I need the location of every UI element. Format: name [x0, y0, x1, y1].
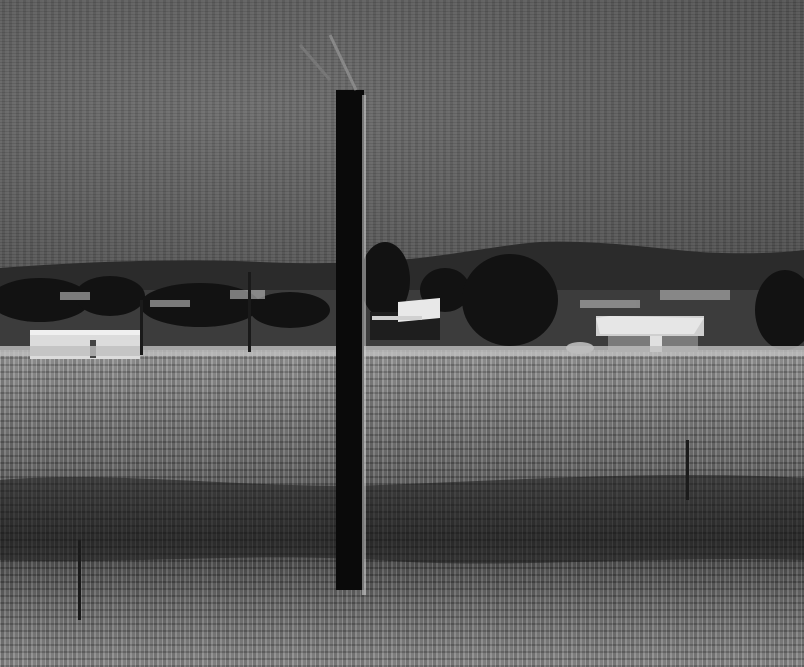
scene-shapes	[0, 0, 804, 667]
landscape-photo	[0, 0, 804, 667]
horizon-road	[0, 346, 804, 356]
dark-grass-band	[0, 475, 804, 564]
